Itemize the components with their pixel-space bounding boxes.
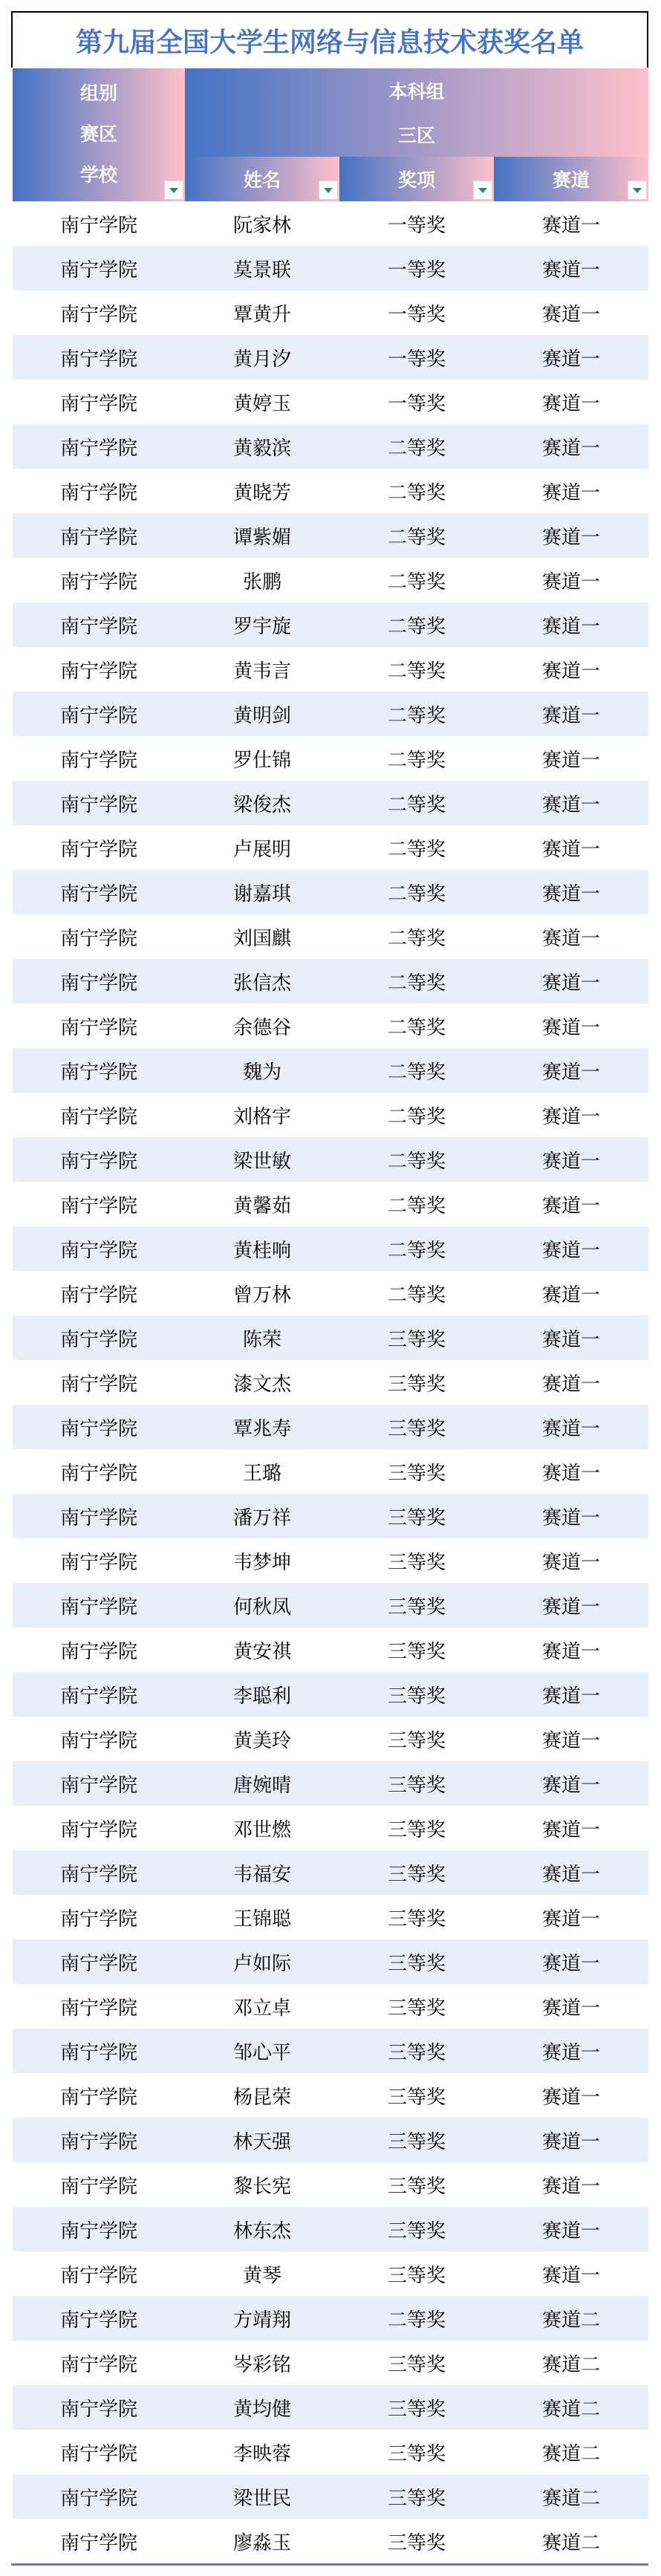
table-row: 南宁学院刘格宇二等奖赛道一 [13,1093,648,1137]
track-cell: 赛道一 [494,2127,648,2154]
track-cell: 赛道一 [494,1191,648,1218]
track-cell: 赛道一 [494,2260,648,2288]
school-cell: 南宁学院 [13,879,185,906]
table-row: 南宁学院黄美玲三等奖赛道一 [13,1717,648,1761]
table-row: 南宁学院曾万林二等奖赛道一 [13,1271,648,1315]
dropdown-filter-icon [633,188,642,193]
table-row: 南宁学院方靖翔二等奖赛道二 [13,2296,648,2341]
name-cell: 梁世民 [185,2483,339,2511]
table-row: 南宁学院黄晓芳二等奖赛道一 [13,469,648,513]
school-cell: 南宁学院 [13,745,185,773]
school-cell: 南宁学院 [13,2037,185,2065]
table-row: 南宁学院潘万祥三等奖赛道一 [13,1494,648,1538]
school-cell: 南宁学院 [13,1770,185,1798]
track-cell: 赛道一 [494,1592,648,1619]
school-cell: 南宁学院 [13,344,185,371]
school-cell: 南宁学院 [13,567,185,594]
award-cell: 三等奖 [339,1458,494,1486]
award-cell: 二等奖 [339,879,494,906]
filter-name-button[interactable] [319,180,338,200]
track-cell: 赛道二 [494,2439,648,2466]
table-row: 南宁学院覃黄升一等奖赛道一 [13,290,648,335]
award-cell: 三等奖 [339,1547,494,1575]
track-cell: 赛道一 [494,1369,648,1396]
page-title: 第九届全国大学生网络与信息技术获奖名单 [76,22,584,59]
name-cell: 唐婉晴 [185,1770,339,1798]
track-cell: 赛道一 [494,344,648,371]
name-cell: 李聪利 [185,1681,339,1708]
table-row: 南宁学院林东杰三等奖赛道一 [13,2207,648,2251]
award-cell: 三等奖 [339,2260,494,2288]
name-cell: 曾万林 [185,1280,339,1307]
award-cell: 一等奖 [339,255,494,282]
table-row: 南宁学院卢展明二等奖赛道一 [13,825,648,870]
name-cell: 黄毅滨 [185,433,339,461]
name-cell: 陈荣 [185,1324,339,1352]
award-cell: 二等奖 [339,790,494,817]
award-cell: 三等奖 [339,1904,494,1931]
track-cell: 赛道一 [494,1948,648,1976]
track-cell: 赛道一 [494,1102,648,1129]
school-cell: 南宁学院 [13,478,185,505]
track-cell: 赛道一 [494,611,648,639]
name-cell: 杨昆荣 [185,2082,339,2110]
award-cell: 二等奖 [339,1146,494,1174]
name-cell: 廖淼玉 [185,2528,339,2555]
name-cell: 罗宇旋 [185,611,339,639]
filter-award-button[interactable] [473,180,492,200]
track-cell: 赛道二 [494,2528,648,2555]
table-row: 南宁学院覃兆寿三等奖赛道一 [13,1405,648,1449]
school-cell: 南宁学院 [13,210,185,238]
school-cell: 南宁学院 [13,2349,185,2377]
award-cell: 一等奖 [339,299,494,327]
header-group-value: 本科组 [388,77,444,104]
award-cell: 三等奖 [339,2394,494,2421]
name-cell: 黄晓芳 [185,478,339,505]
track-cell: 赛道一 [494,700,648,728]
header-group-label: 组别 [80,71,117,112]
table-row: 南宁学院李聪利三等奖赛道一 [13,1672,648,1717]
filter-track-button[interactable] [628,180,647,200]
column-header-name-label: 姓名 [244,166,281,192]
name-cell: 黄安祺 [185,1636,339,1664]
name-cell: 李映蓉 [185,2439,339,2466]
name-cell: 魏为 [185,1057,339,1084]
table-row: 南宁学院黎长宪三等奖赛道一 [13,2162,648,2207]
table-row: 南宁学院黄毅滨二等奖赛道一 [13,424,648,469]
award-cell: 二等奖 [339,1280,494,1307]
track-cell: 赛道一 [494,879,648,906]
name-cell: 覃兆寿 [185,1414,339,1441]
name-cell: 谭紫媚 [185,522,339,550]
table-row: 南宁学院余德谷二等奖赛道一 [13,1004,648,1048]
award-cell: 二等奖 [339,1102,494,1129]
name-cell: 莫景联 [185,255,339,282]
table-row: 南宁学院黄桂响二等奖赛道一 [13,1226,648,1271]
name-cell: 韦梦坤 [185,1547,339,1575]
table-row: 南宁学院阮家林一等奖赛道一 [13,201,648,246]
award-cell: 三等奖 [339,2439,494,2466]
name-cell: 韦福安 [185,1859,339,1887]
award-cell: 三等奖 [339,1770,494,1798]
track-cell: 赛道一 [494,1859,648,1887]
award-cell: 二等奖 [339,1191,494,1218]
track-cell: 赛道一 [494,2037,648,2065]
award-cell: 三等奖 [339,1503,494,1530]
table-row: 南宁学院梁世民三等奖赛道二 [13,2474,648,2519]
award-cell: 三等奖 [339,2037,494,2065]
school-cell: 南宁学院 [13,1636,185,1664]
track-cell: 赛道一 [494,1146,648,1174]
name-cell: 张鹏 [185,567,339,594]
school-cell: 南宁学院 [13,1324,185,1352]
table-row: 南宁学院黄韦言二等奖赛道一 [13,647,648,692]
dropdown-filter-icon [478,188,487,193]
name-cell: 黄馨茹 [185,1191,339,1218]
table-row: 南宁学院漆文杰三等奖赛道一 [13,1360,648,1405]
name-cell: 王锦聪 [185,1904,339,1931]
name-cell: 刘国麒 [185,923,339,951]
school-cell: 南宁学院 [13,1592,185,1619]
award-cell: 二等奖 [339,1235,494,1263]
track-cell: 赛道一 [494,522,648,550]
award-cell: 二等奖 [339,1057,494,1084]
column-header-award: 奖项 [339,157,494,201]
award-cell: 二等奖 [339,656,494,683]
track-cell: 赛道一 [494,1815,648,1842]
track-cell: 赛道一 [494,968,648,995]
table-row: 南宁学院黄均健三等奖赛道二 [13,2385,648,2430]
name-cell: 邓立卓 [185,1993,339,2020]
school-cell: 南宁学院 [13,1726,185,1753]
track-cell: 赛道一 [494,1993,648,2020]
award-cell: 三等奖 [339,2483,494,2511]
name-cell: 黄桂响 [185,1235,339,1263]
filter-school-button[interactable] [164,180,183,200]
name-cell: 阮家林 [185,210,339,238]
award-cell: 三等奖 [339,1859,494,1887]
track-cell: 赛道一 [494,745,648,773]
school-cell: 南宁学院 [13,2171,185,2199]
table-row: 南宁学院谭紫媚二等奖赛道一 [13,513,648,558]
track-cell: 赛道一 [494,1414,648,1441]
table-row: 南宁学院杨昆荣三等奖赛道一 [13,2073,648,2118]
name-cell: 黄美玲 [185,1726,339,1753]
award-cell: 二等奖 [339,745,494,773]
track-cell: 赛道一 [494,1547,648,1575]
track-cell: 赛道二 [494,2349,648,2377]
school-cell: 南宁学院 [13,1414,185,1441]
school-cell: 南宁学院 [13,1057,185,1084]
name-cell: 刘格宇 [185,1102,339,1129]
school-cell: 南宁学院 [13,2394,185,2421]
award-cell: 二等奖 [339,923,494,951]
table-row: 南宁学院唐婉晴三等奖赛道一 [13,1761,648,1806]
award-cell: 三等奖 [339,2349,494,2377]
track-cell: 赛道一 [494,1235,648,1263]
track-cell: 赛道二 [494,2305,648,2332]
track-cell: 赛道一 [494,656,648,683]
column-header-track-label: 赛道 [553,166,590,192]
school-cell: 南宁学院 [13,2483,185,2511]
table-row: 南宁学院廖淼玉三等奖赛道二 [13,2519,648,2563]
table-row: 南宁学院梁俊杰二等奖赛道一 [13,781,648,825]
school-cell: 南宁学院 [13,2439,185,2466]
award-cell: 三等奖 [339,2216,494,2243]
school-cell: 南宁学院 [13,1993,185,2020]
name-cell: 岑彩铭 [185,2349,339,2377]
table-row: 南宁学院黄安祺三等奖赛道一 [13,1627,648,1672]
name-cell: 何秋凤 [185,1592,339,1619]
table-row: 南宁学院谢嘉琪二等奖赛道一 [13,870,648,914]
name-cell: 邹心平 [185,2037,339,2065]
school-cell: 南宁学院 [13,1859,185,1887]
school-cell: 南宁学院 [13,299,185,327]
table-row: 南宁学院韦梦坤三等奖赛道一 [13,1538,648,1583]
header-left: 组别 赛区 学校 [13,68,185,201]
header-region-value: 三区 [398,121,435,148]
school-cell: 南宁学院 [13,1280,185,1307]
table-row: 南宁学院岑彩铭三等奖赛道二 [13,2341,648,2385]
name-cell: 梁俊杰 [185,790,339,817]
award-cell: 一等奖 [339,344,494,371]
school-cell: 南宁学院 [13,1948,185,1976]
award-cell: 二等奖 [339,522,494,550]
name-cell: 林东杰 [185,2216,339,2243]
award-cell: 三等奖 [339,2171,494,2199]
table-row: 南宁学院何秋凤三等奖赛道一 [13,1583,648,1627]
school-cell: 南宁学院 [13,2260,185,2288]
track-cell: 赛道一 [494,255,648,282]
school-cell: 南宁学院 [13,1102,185,1129]
school-cell: 南宁学院 [13,388,185,416]
school-cell: 南宁学院 [13,1369,185,1396]
school-cell: 南宁学院 [13,2082,185,2110]
name-cell: 张信杰 [185,968,339,995]
school-cell: 南宁学院 [13,656,185,683]
school-cell: 南宁学院 [13,1235,185,1263]
name-cell: 方靖翔 [185,2305,339,2332]
track-cell: 赛道一 [494,790,648,817]
track-cell: 赛道一 [494,2171,648,2199]
school-cell: 南宁学院 [13,790,185,817]
name-cell: 黎长宪 [185,2171,339,2199]
award-cell: 二等奖 [339,700,494,728]
award-cell: 三等奖 [339,2528,494,2555]
school-cell: 南宁学院 [13,2528,185,2555]
school-cell: 南宁学院 [13,1012,185,1040]
award-cell: 二等奖 [339,567,494,594]
school-cell: 南宁学院 [13,1681,185,1708]
name-cell: 覃黄升 [185,299,339,327]
award-cell: 三等奖 [339,1636,494,1664]
track-cell: 赛道一 [494,1770,648,1798]
award-cell: 一等奖 [339,388,494,416]
award-cell: 三等奖 [339,1681,494,1708]
track-cell: 赛道一 [494,1057,648,1084]
name-cell: 卢如际 [185,1948,339,1976]
track-cell: 赛道一 [494,567,648,594]
table-row: 南宁学院林天强三等奖赛道一 [13,2118,648,2162]
award-cell: 二等奖 [339,834,494,862]
table-row: 南宁学院李映蓉三等奖赛道二 [13,2430,648,2474]
table-row: 南宁学院刘国麒二等奖赛道一 [13,914,648,959]
school-cell: 南宁学院 [13,2305,185,2332]
award-cell: 一等奖 [339,210,494,238]
award-cell: 三等奖 [339,1993,494,2020]
track-cell: 赛道二 [494,2394,648,2421]
track-cell: 赛道一 [494,1681,648,1708]
track-cell: 赛道一 [494,1726,648,1753]
school-cell: 南宁学院 [13,2216,185,2243]
table-row: 南宁学院张信杰二等奖赛道一 [13,959,648,1004]
dropdown-filter-icon [169,188,178,193]
table-row: 南宁学院魏为二等奖赛道一 [13,1048,648,1093]
name-cell: 漆文杰 [185,1369,339,1396]
school-cell: 南宁学院 [13,1547,185,1575]
award-cell: 三等奖 [339,1815,494,1842]
award-cell: 二等奖 [339,611,494,639]
table-row: 南宁学院邓立卓三等奖赛道一 [13,1984,648,2029]
table-row: 南宁学院邹心平三等奖赛道一 [13,2029,648,2073]
school-cell: 南宁学院 [13,1503,185,1530]
award-cell: 二等奖 [339,968,494,995]
table-row: 南宁学院邓世燃三等奖赛道一 [13,1806,648,1850]
table-row: 南宁学院黄琴三等奖赛道一 [13,2251,648,2296]
track-cell: 赛道一 [494,1012,648,1040]
name-cell: 余德谷 [185,1012,339,1040]
school-cell: 南宁学院 [13,700,185,728]
track-cell: 赛道一 [494,1280,648,1307]
column-header-award-label: 奖项 [398,166,435,192]
track-cell: 赛道一 [494,2216,648,2243]
school-cell: 南宁学院 [13,255,185,282]
header-school-label: 学校 [80,153,117,194]
award-cell: 三等奖 [339,1948,494,1976]
table-row: 南宁学院陈荣三等奖赛道一 [13,1315,648,1360]
header-region-label: 赛区 [80,112,117,153]
table-row: 南宁学院梁世敏二等奖赛道一 [13,1137,648,1182]
school-cell: 南宁学院 [13,968,185,995]
track-cell: 赛道一 [494,388,648,416]
award-cell: 二等奖 [339,433,494,461]
table-row: 南宁学院莫景联一等奖赛道一 [13,246,648,290]
name-cell: 黄婷玉 [185,388,339,416]
award-cell: 三等奖 [339,2127,494,2154]
title-box: 第九届全国大学生网络与信息技术获奖名单 [11,11,648,68]
award-cell: 三等奖 [339,2082,494,2110]
name-cell: 林天强 [185,2127,339,2154]
track-cell: 赛道一 [494,1324,648,1352]
award-cell: 三等奖 [339,1592,494,1619]
table-row: 南宁学院黄明剑二等奖赛道一 [13,692,648,736]
table-row: 南宁学院罗仕锦二等奖赛道一 [13,736,648,781]
school-cell: 南宁学院 [13,1815,185,1842]
track-cell: 赛道一 [494,433,648,461]
name-cell: 黄均健 [185,2394,339,2421]
track-cell: 赛道二 [494,2483,648,2511]
track-cell: 赛道一 [494,2082,648,2110]
table-row: 南宁学院黄月汐一等奖赛道一 [13,335,648,380]
school-cell: 南宁学院 [13,1904,185,1931]
track-cell: 赛道一 [494,478,648,505]
school-cell: 南宁学院 [13,923,185,951]
school-cell: 南宁学院 [13,522,185,550]
school-cell: 南宁学院 [13,433,185,461]
name-cell: 黄韦言 [185,656,339,683]
table-row: 南宁学院卢如际三等奖赛道一 [13,1939,648,1984]
track-cell: 赛道一 [494,1636,648,1664]
track-cell: 赛道一 [494,1904,648,1931]
school-cell: 南宁学院 [13,611,185,639]
column-header-track: 赛道 [494,157,648,201]
track-cell: 赛道一 [494,1458,648,1486]
award-cell: 二等奖 [339,478,494,505]
table-row: 南宁学院罗宇旋二等奖赛道一 [13,602,648,647]
name-cell: 黄明剑 [185,700,339,728]
award-cell: 二等奖 [339,2305,494,2332]
name-cell: 梁世敏 [185,1146,339,1174]
track-cell: 赛道一 [494,210,648,238]
name-cell: 王璐 [185,1458,339,1486]
table-row: 南宁学院黄婷玉一等奖赛道一 [13,380,648,424]
name-cell: 谢嘉琪 [185,879,339,906]
track-cell: 赛道一 [494,299,648,327]
award-cell: 三等奖 [339,1324,494,1352]
table-row: 南宁学院王璐三等奖赛道一 [13,1449,648,1494]
column-header-name: 姓名 [185,157,339,201]
award-cell: 二等奖 [339,1012,494,1040]
header-group: 本科组 三区 [185,68,648,157]
award-cell: 三等奖 [339,1369,494,1396]
table-row: 南宁学院韦福安三等奖赛道一 [13,1850,648,1895]
name-cell: 黄琴 [185,2260,339,2288]
name-cell: 卢展明 [185,834,339,862]
name-cell: 罗仕锦 [185,745,339,773]
name-cell: 潘万祥 [185,1503,339,1530]
award-table-body: 南宁学院阮家林一等奖赛道一南宁学院莫景联一等奖赛道一南宁学院覃黄升一等奖赛道一南… [13,201,648,2563]
track-cell: 赛道一 [494,923,648,951]
track-cell: 赛道一 [494,834,648,862]
name-cell: 邓世燃 [185,1815,339,1842]
table-bottom-border [11,2563,648,2566]
school-cell: 南宁学院 [13,1458,185,1486]
table-row: 南宁学院张鹏二等奖赛道一 [13,558,648,602]
school-cell: 南宁学院 [13,2127,185,2154]
table-row: 南宁学院王锦聪三等奖赛道一 [13,1895,648,1939]
school-cell: 南宁学院 [13,834,185,862]
table-row: 南宁学院黄馨茹二等奖赛道一 [13,1182,648,1226]
track-cell: 赛道一 [494,1503,648,1530]
dropdown-filter-icon [324,188,333,193]
award-cell: 三等奖 [339,1414,494,1441]
award-cell: 三等奖 [339,1726,494,1753]
school-cell: 南宁学院 [13,1146,185,1174]
school-cell: 南宁学院 [13,1191,185,1218]
name-cell: 黄月汐 [185,344,339,371]
